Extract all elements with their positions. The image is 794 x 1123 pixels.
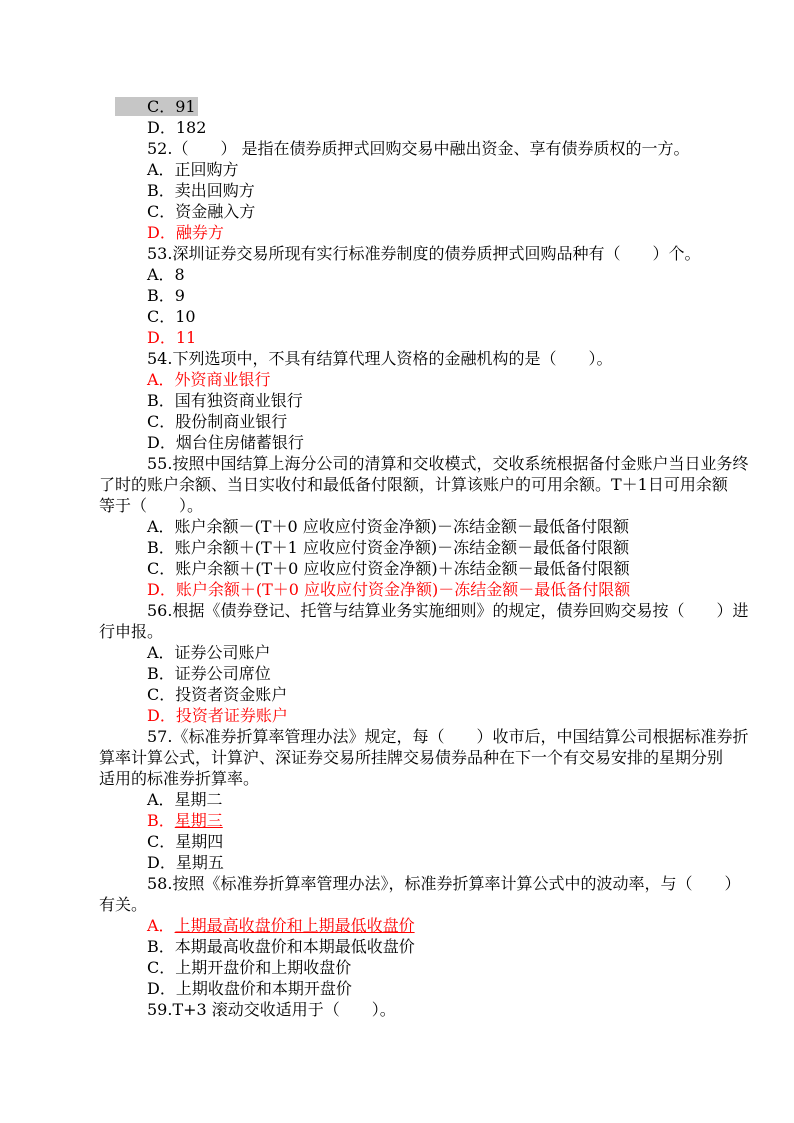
q53-stem: 53.深圳证券交易所现有实行标准券制度的债券质押式回购品种有（ ）个。 bbox=[99, 243, 699, 264]
q56-option-b: B．证券公司席位 bbox=[99, 663, 699, 684]
q56-stem-line1: 56.根据《债券登记、托管与结算业务实施细则》的规定，债券回购交易按（ ）进 bbox=[99, 600, 699, 621]
q53-option-b: B．9 bbox=[99, 285, 699, 306]
q52-stem: 52.（ ） 是指在债券质押式回购交易中融出资金、享有债券质权的一方。 bbox=[99, 138, 699, 159]
q58-option-a-answer: A．上期最高收盘价和上期最低收盘价 bbox=[99, 915, 699, 936]
q59-stem: 59.T+3 滚动交收适用于（ ）。 bbox=[99, 999, 699, 1020]
q57-option-c: C．星期四 bbox=[99, 831, 699, 852]
option-letter: A． bbox=[147, 916, 175, 935]
q54-stem: 54.下列选项中，不具有结算代理人资格的金融机构的是（ ）。 bbox=[99, 348, 699, 369]
q51-option-d: D．182 bbox=[99, 117, 699, 138]
q55-stem-line3: 等于（ ）。 bbox=[99, 495, 699, 516]
q57-option-d: D．星期五 bbox=[99, 852, 699, 873]
q52-option-a: A．正回购方 bbox=[99, 159, 699, 180]
q56-option-d-answer: D．投资者证券账户 bbox=[99, 705, 699, 726]
option-letter: B． bbox=[147, 811, 175, 830]
q57-option-a: A．星期二 bbox=[99, 789, 699, 810]
q55-stem-line1: 55.按照中国结算上海分公司的清算和交收模式，交收系统根据备付金账户当日业务终 bbox=[99, 453, 699, 474]
q54-option-b: B．国有独资商业银行 bbox=[99, 390, 699, 411]
q57-stem-line3: 适用的标准券折算率。 bbox=[99, 768, 699, 789]
q58-stem-line2: 有关。 bbox=[99, 894, 699, 915]
q55-option-b: B．账户余额＋(T＋1 应收应付资金净额)－冻结金额－最低备付限额 bbox=[99, 537, 699, 558]
underlined-answer-text: 上期最高收盘价和上期最低收盘价 bbox=[175, 916, 415, 935]
q57-stem-line2: 算率计算公式，计算沪、深证券交易所挂牌交易债券品种在下一个有交易安排的星期分别 bbox=[99, 747, 699, 768]
q57-option-b-answer: B．星期三 bbox=[99, 810, 699, 831]
q51-option-c-highlighted: C．91 bbox=[99, 96, 699, 117]
q58-option-c: C．上期开盘价和上期收盘价 bbox=[99, 957, 699, 978]
q55-option-d-answer: D．账户余额＋(T＋0 应收应付资金净额)－冻结金额－最低备付限额 bbox=[99, 579, 699, 600]
q55-option-c: C．账户余额＋(T＋0 应收应付资金净额)＋冻结金额－最低备付限额 bbox=[99, 558, 699, 579]
q55-stem-line2: 了时的账户余额、当日实收付和最低备付限额，计算该账户的可用余额。T＋1日可用余额 bbox=[99, 474, 699, 495]
q52-option-d-answer: D．融券方 bbox=[99, 222, 699, 243]
q56-option-a: A．证券公司账户 bbox=[99, 642, 699, 663]
q58-option-b: B．本期最高收盘价和本期最低收盘价 bbox=[99, 936, 699, 957]
underlined-answer-text: 星期三 bbox=[175, 811, 223, 830]
q52-option-c: C．资金融入方 bbox=[99, 201, 699, 222]
q53-option-a: A．8 bbox=[99, 264, 699, 285]
q52-option-b: B．卖出回购方 bbox=[99, 180, 699, 201]
highlight-span: C．91 bbox=[115, 97, 198, 116]
q54-option-a-answer: A．外资商业银行 bbox=[99, 369, 699, 390]
q58-option-d: D．上期收盘价和本期开盘价 bbox=[99, 978, 699, 999]
document-page: C．91 D．182 52.（ ） 是指在债券质押式回购交易中融出资金、享有债券… bbox=[99, 96, 699, 1020]
q55-option-a: A．账户余额－(T＋0 应收应付资金净额)－冻结金额－最低备付限额 bbox=[99, 516, 699, 537]
q53-option-d-answer: D．11 bbox=[99, 327, 699, 348]
q57-stem-line1: 57.《标准券折算率管理办法》规定，每（ ）收市后，中国结算公司根据标准券折 bbox=[99, 726, 699, 747]
q53-option-c: C．10 bbox=[99, 306, 699, 327]
q56-option-c: C．投资者资金账户 bbox=[99, 684, 699, 705]
q54-option-d: D．烟台住房储蓄银行 bbox=[99, 432, 699, 453]
q58-stem-line1: 58.按照《标准券折算率管理办法》，标准券折算率计算公式中的波动率，与（ ） bbox=[99, 873, 699, 894]
q56-stem-line2: 行申报。 bbox=[99, 621, 699, 642]
q54-option-c: C．股份制商业银行 bbox=[99, 411, 699, 432]
